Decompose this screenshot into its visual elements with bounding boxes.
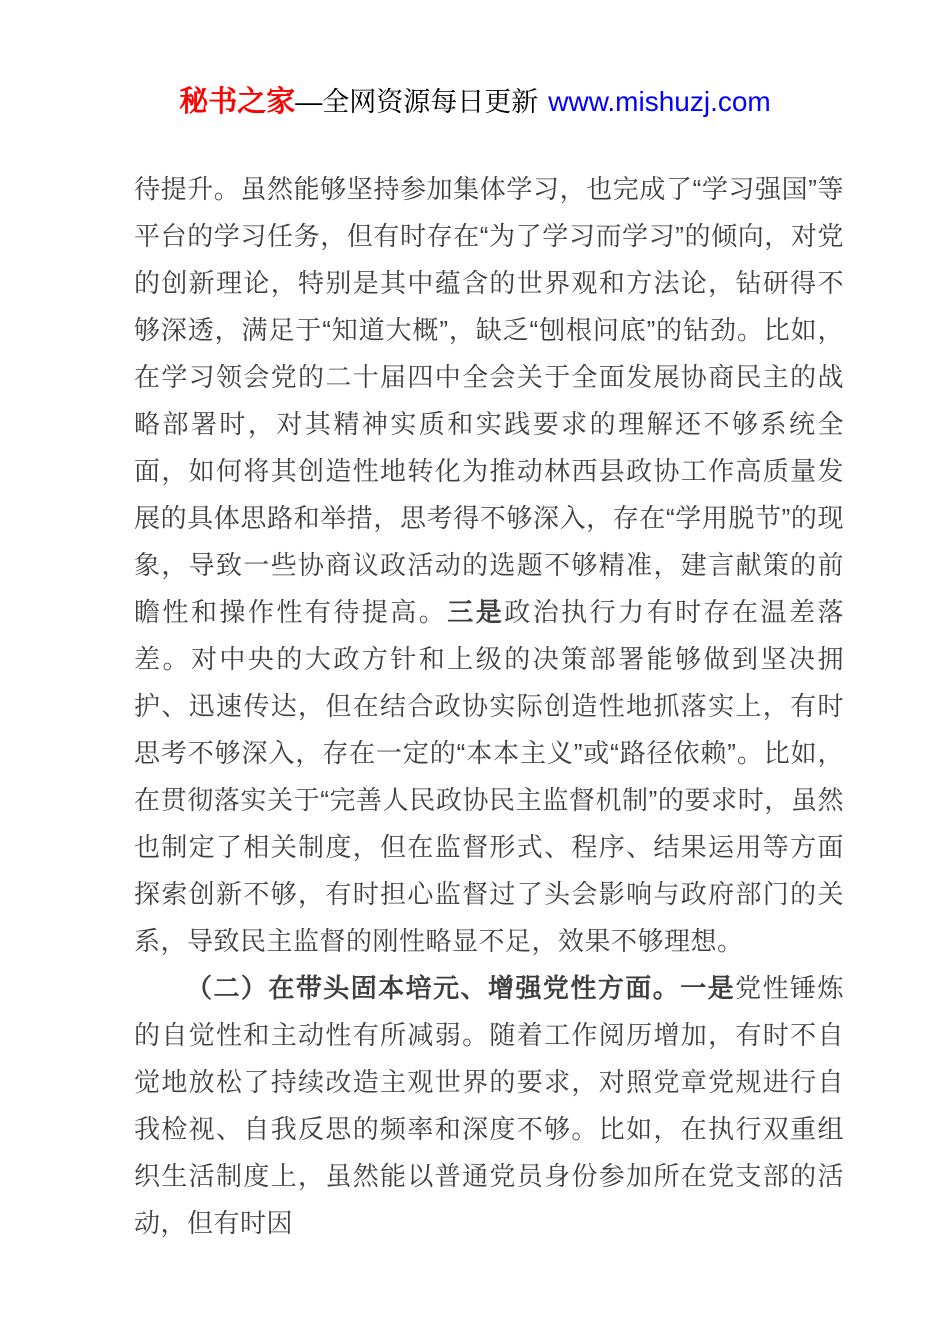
site-url-link[interactable]: www.mishuzj.com [548, 86, 770, 117]
text-run: 党性锤炼的自觉性和主动性有所减弱。随着工作阅历增加，有时不自觉地放松了持续改造主… [134, 973, 844, 1238]
text-run: 政治执行力有时存在温差落差。对中央的大政方针和上级的决策部署能够做到坚决拥护、迅… [134, 597, 844, 956]
document-body: 待提升。虽然能够坚持参加集体学习，也完成了“学习强国”等平台的学习任务，但有时存… [134, 166, 844, 1247]
emphasis-run: 三是 [447, 597, 504, 627]
site-header: 秘书之家—全网资源每日更新www.mishuzj.com [0, 0, 950, 120]
document-page: 秘书之家—全网资源每日更新www.mishuzj.com 待提升。虽然能够坚持参… [0, 0, 950, 1344]
emphasis-run: 一是 [680, 973, 735, 1003]
paragraph-2: （二）在带头固本培元、增强党性方面。一是党性锤炼的自觉性和主动性有所减弱。随着工… [134, 965, 844, 1247]
text-run: 待提升。虽然能够坚持参加集体学习，也完成了“学习强国”等平台的学习任务，但有时存… [134, 174, 844, 627]
paragraph-1: 待提升。虽然能够坚持参加集体学习，也完成了“学习强国”等平台的学习任务，但有时存… [134, 166, 844, 965]
site-tagline: —全网资源每日更新 [295, 87, 538, 117]
site-name: 秘书之家 [179, 86, 295, 118]
emphasis-run: （二）在带头固本培元、增强党性方面。 [186, 973, 680, 1003]
